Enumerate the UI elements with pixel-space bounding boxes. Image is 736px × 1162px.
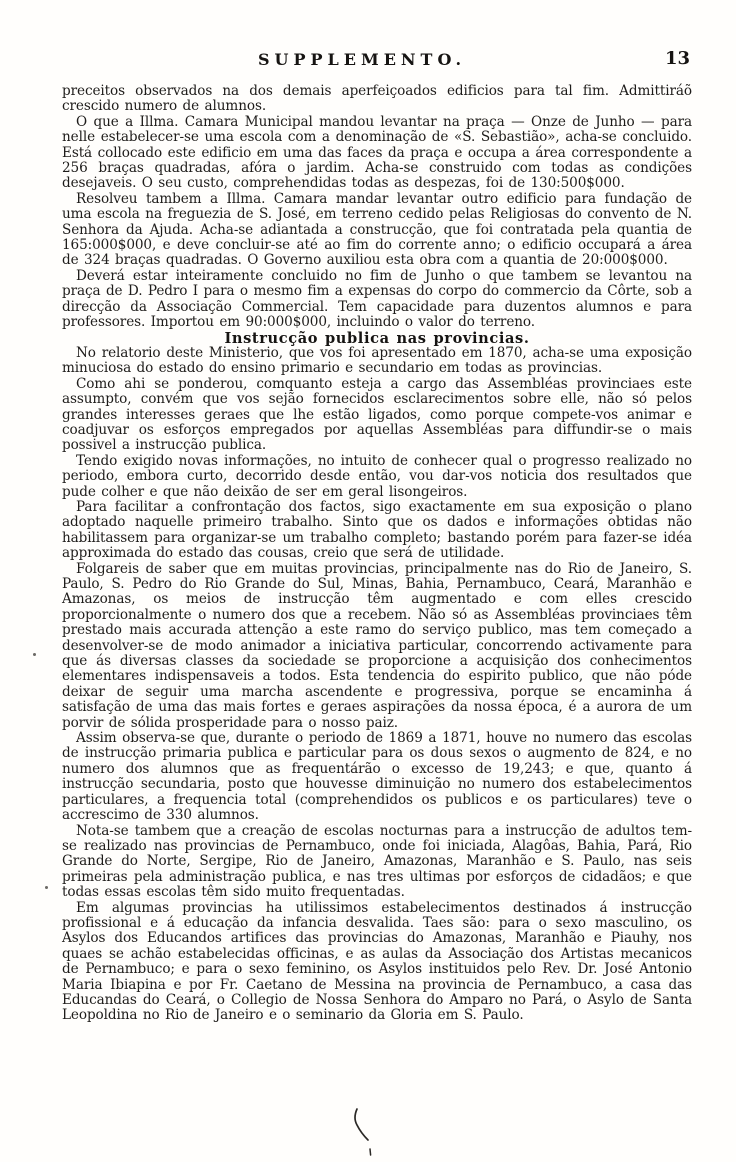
page-number: 13 <box>665 48 690 69</box>
paragraph: Assim observa-se que, durante o periodo … <box>62 731 692 823</box>
scan-speck <box>45 886 48 889</box>
paragraph: Folgareis de saber que em muitas provinc… <box>62 562 692 731</box>
paragraph: Deverá estar inteiramente concluido no f… <box>62 269 692 331</box>
running-head: SUPPLEMENTO. 13 <box>62 50 692 74</box>
paragraph: preceitos observados na dos demais aperf… <box>62 84 692 115</box>
paragraph: Tendo exigido novas informações, no intu… <box>62 454 692 500</box>
paragraph: Como ahi se ponderou, comquanto esteja a… <box>62 377 692 454</box>
paragraph: Para facilitar a confrontação dos factos… <box>62 500 692 562</box>
body-text: preceitos observados na dos demais aperf… <box>62 84 692 1024</box>
paragraph: Nota-se tambem que a creação de escolas … <box>62 824 692 901</box>
paragraph: O que a Illma. Camara Municipal mandou l… <box>62 115 692 192</box>
scan-speck <box>33 653 36 656</box>
section-heading: Instrucção publica nas provincias. <box>62 331 692 346</box>
ink-mark-squiggle <box>348 1106 384 1158</box>
paragraph: Em algumas provincias ha utilissimos est… <box>62 901 692 1024</box>
paragraph: Resolveu tambem a Illma. Camara mandar l… <box>62 192 692 269</box>
document-page: SUPPLEMENTO. 13 preceitos observados na … <box>0 0 736 1162</box>
page-title: SUPPLEMENTO. <box>62 50 662 69</box>
paragraph: No relatorio deste Ministerio, que vos f… <box>62 346 692 377</box>
